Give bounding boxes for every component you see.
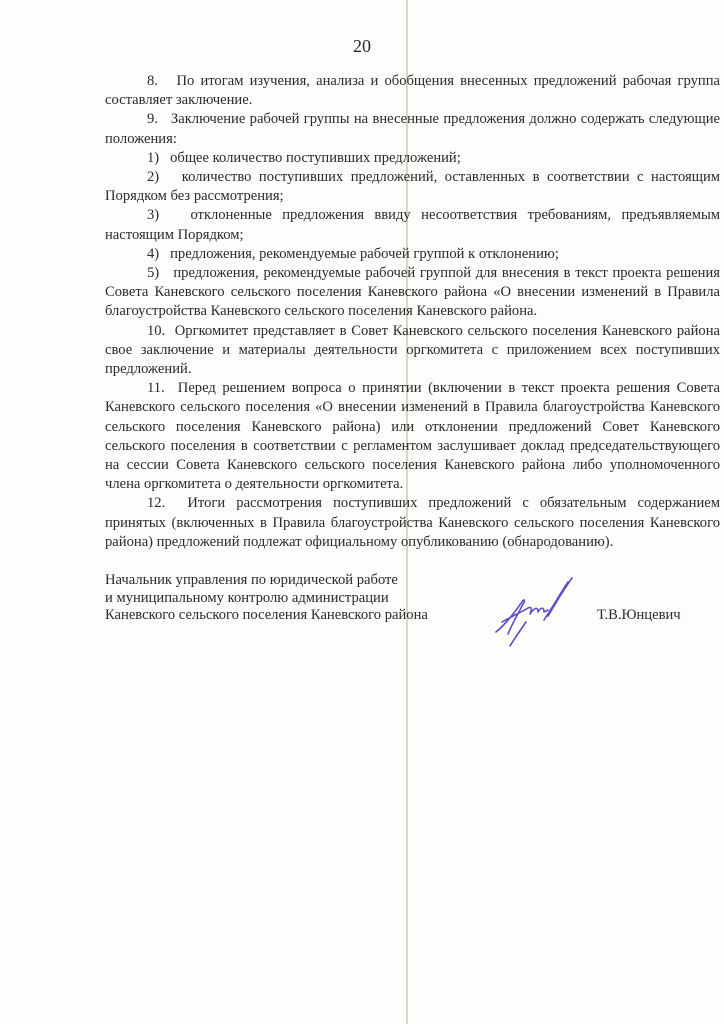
signatory-name: Т.В.Юнцевич: [597, 607, 681, 625]
list-item-2: 2) количество поступивших предложений, о…: [105, 168, 720, 206]
handwritten-signature-icon: [488, 572, 588, 652]
paragraph-9: 9. Заключение рабочей группы на внесенны…: [105, 110, 720, 148]
list-item-5: 5) предложения, рекомендуемые рабочей гр…: [105, 264, 720, 322]
paragraph-8: 8. По итогам изучения, анализа и обобщен…: [105, 72, 720, 110]
signature-block: Начальник управления по юридической рабо…: [105, 572, 720, 652]
document-body: 8. По итогам изучения, анализа и обобщен…: [105, 72, 720, 552]
paragraph-10: 10. Оргкомитет представляет в Совет Кане…: [105, 322, 720, 380]
page-number: 20: [0, 36, 724, 57]
paragraph-12: 12. Итоги рассмотрения поступивших предл…: [105, 494, 720, 552]
signatory-title-line: Каневского сельского поселения Каневског…: [105, 607, 428, 625]
list-item-1: 1) общее количество поступивших предложе…: [105, 149, 720, 168]
list-item-3: 3) отклоненные предложения ввиду несоотв…: [105, 206, 720, 244]
signatory-title-line: Начальник управления по юридической рабо…: [105, 572, 428, 590]
signatory-title-line: и муниципальному контролю администрации: [105, 590, 428, 608]
paragraph-11: 11. Перед решением вопроса о принятии (в…: [105, 379, 720, 494]
signatory-title: Начальник управления по юридической рабо…: [105, 572, 428, 625]
list-item-4: 4) предложения, рекомендуемые рабочей гр…: [105, 245, 720, 264]
